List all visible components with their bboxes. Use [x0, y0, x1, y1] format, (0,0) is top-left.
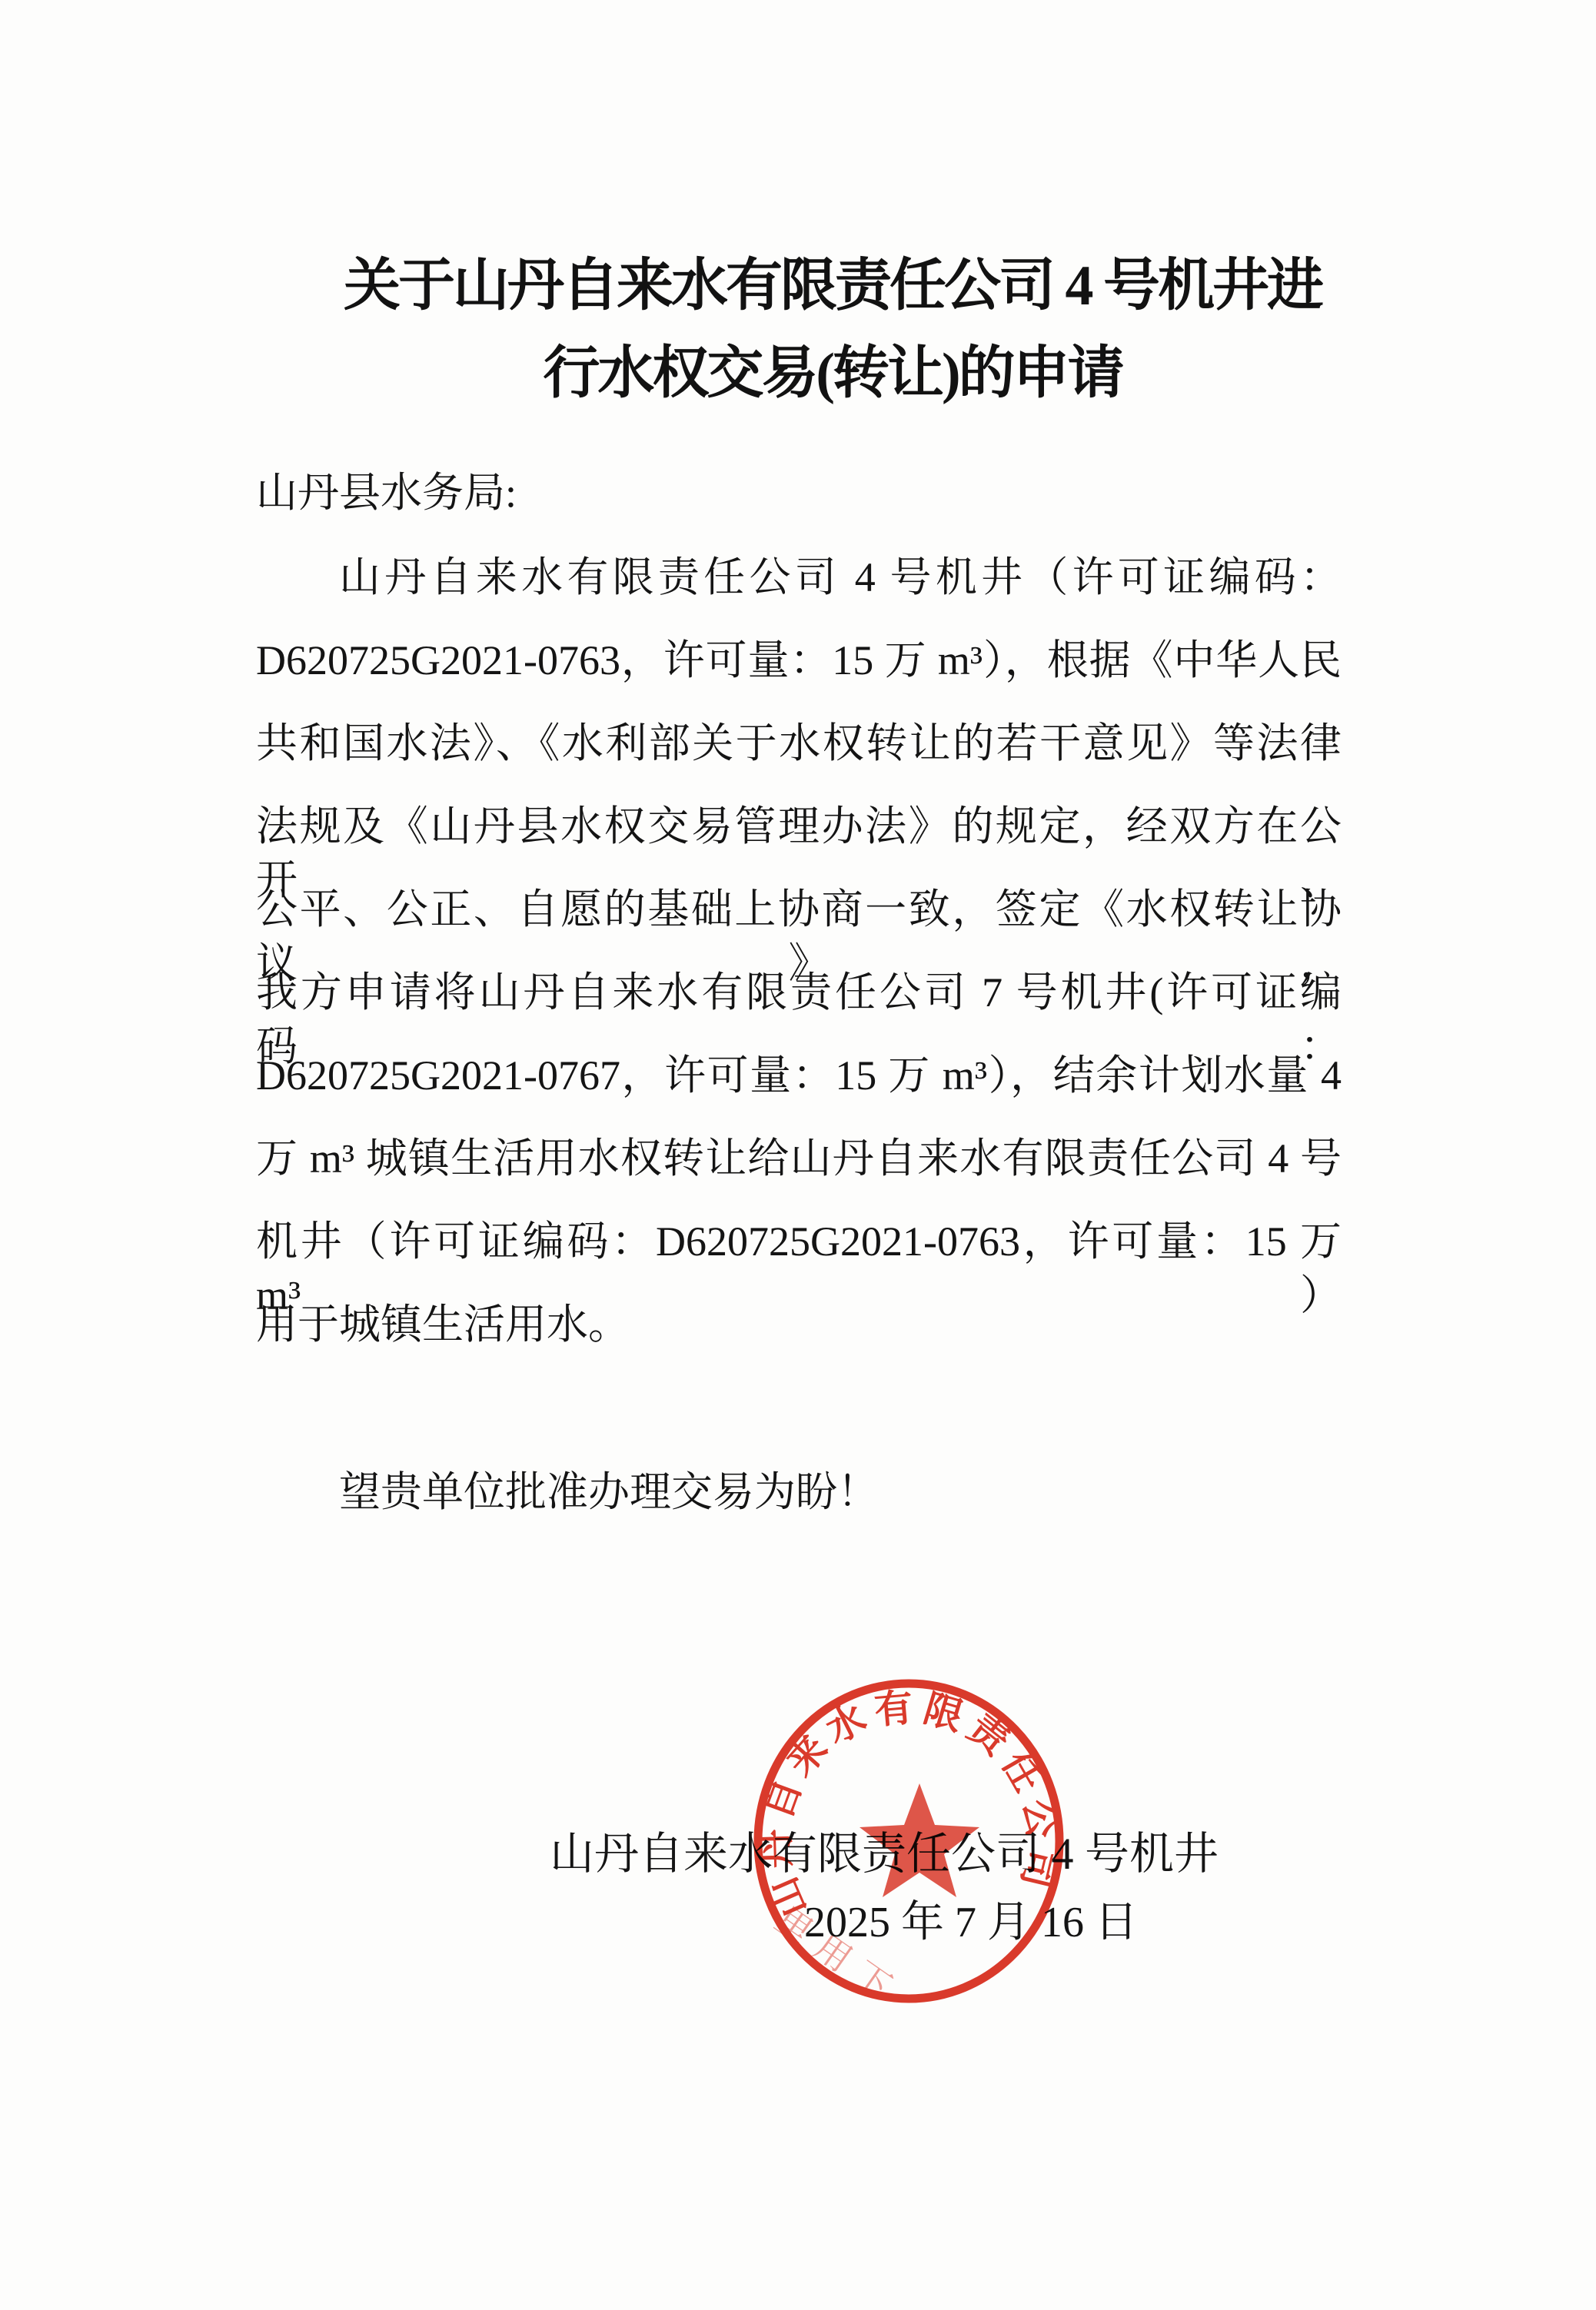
body-line: D620725G2021-0763，许可量：15 万 m³），根据《中华人民: [256, 633, 1342, 687]
title-line-1: 关于山丹自来水有限责任公司 4 号机井进: [35, 240, 1596, 321]
body-line: 山丹自来水有限责任公司 4 号机井（许可证编码：: [256, 550, 1342, 604]
body-line: 共和国水法》、《水利部关于水权转让的若干意见》等法律: [256, 716, 1342, 770]
body-line: 万 m³ 城镇生活用水权转让给山丹自来水有限责任公司 4 号: [256, 1132, 1342, 1185]
closing-line: 望贵单位批准办理交易为盼！: [256, 1465, 1342, 1519]
signature-company: 山丹自来水有限责任公司 4 号机井: [550, 1817, 1219, 1882]
body-line: D620725G2021-0767，许可量：15 万 m³），结余计划水量 4: [256, 1049, 1342, 1102]
body-line: 用于城镇生活用水。: [256, 1298, 1342, 1351]
signature-date: 2025 年 7 月 16 日: [804, 1888, 1138, 1949]
salutation: 山丹县水务局:: [256, 466, 1342, 520]
title-line-2: 行水权交易(转让)的申请: [35, 327, 1596, 409]
application-letter-page: 关于山丹自来水有限责任公司 4 号机井进 行水权交易(转让)的申请 山丹县水务局…: [0, 0, 1596, 2310]
